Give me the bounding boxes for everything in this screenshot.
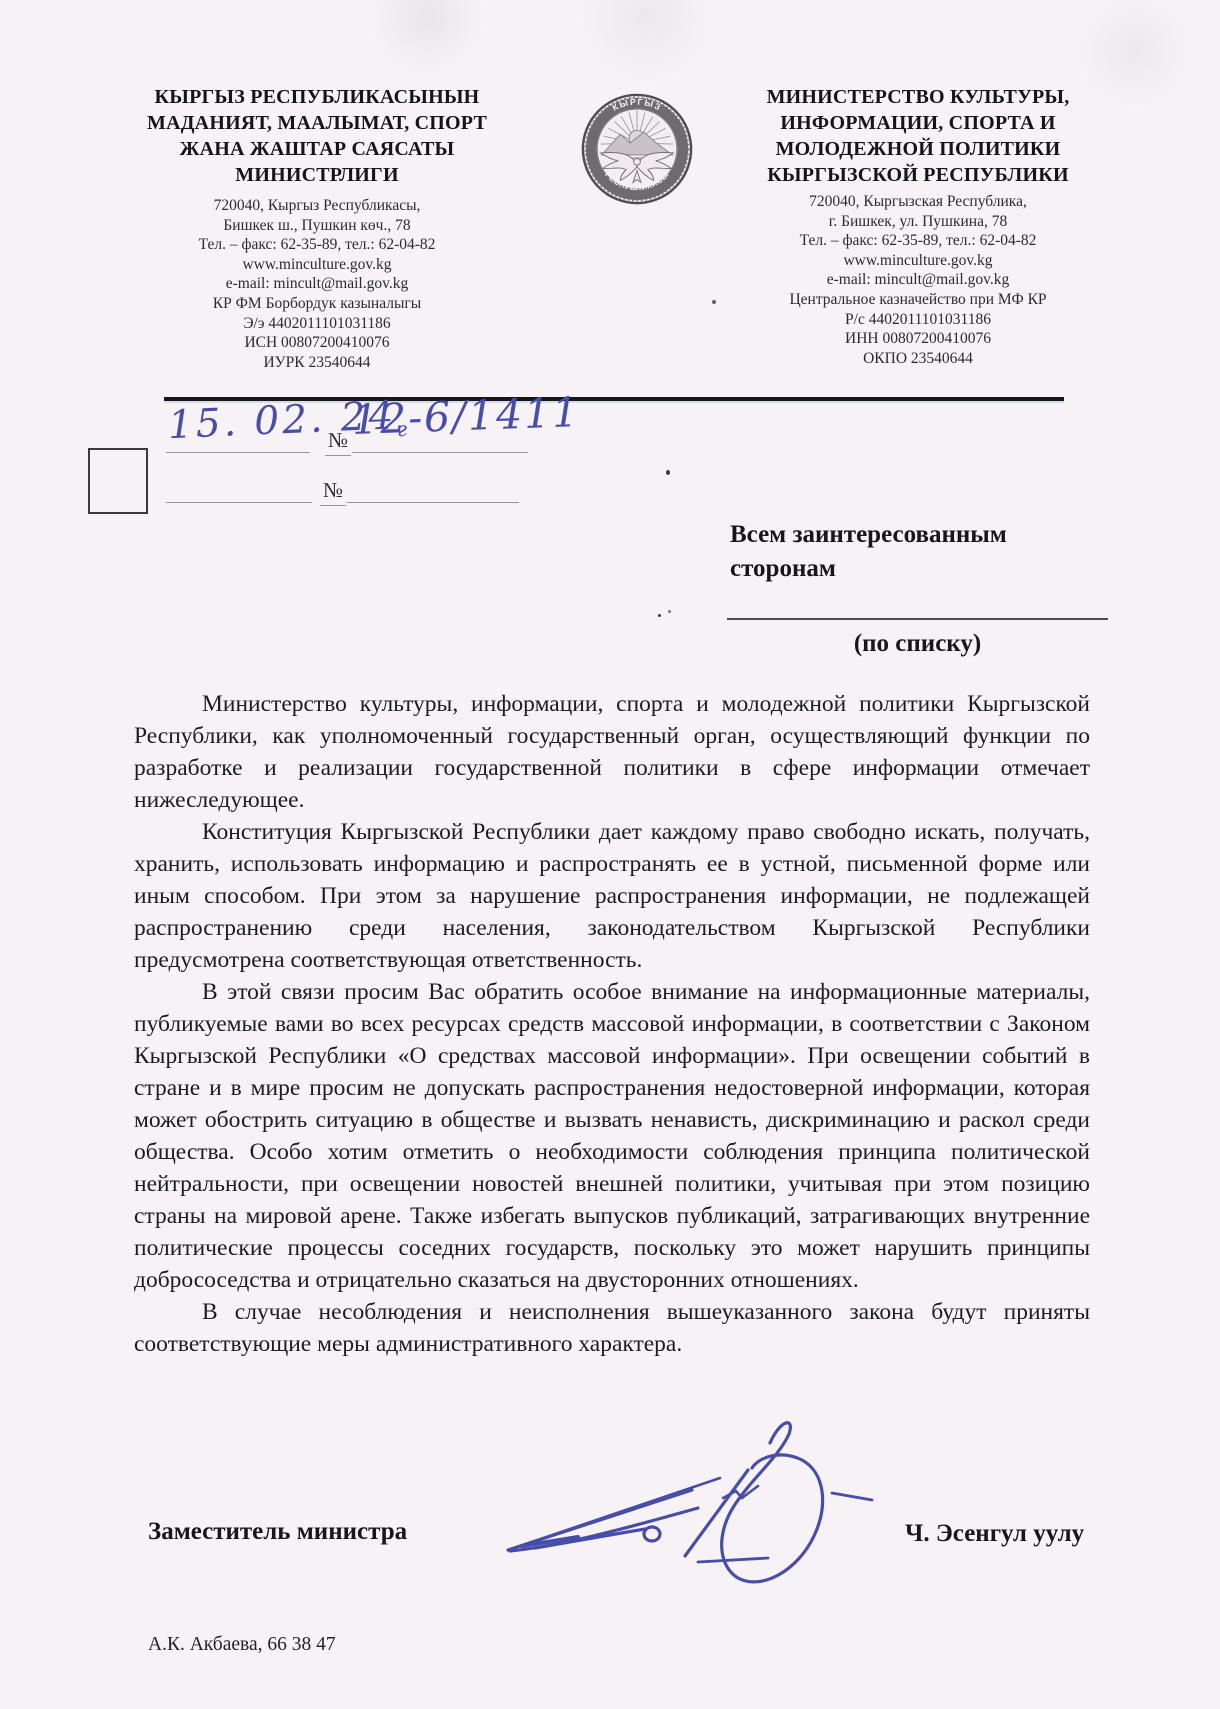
scan-artifact-dot (668, 610, 671, 613)
contact-line: 720040, Кыргыз Республикасы, (118, 196, 516, 216)
org-name-line: МОЛОДЕЖНОЙ ПОЛИТИКИ (712, 136, 1124, 162)
number-sign-2: № (320, 478, 346, 506)
recipient-list-note: (по списку) (727, 630, 1108, 658)
body-paragraph: Конституция Кыргызской Республики дает к… (134, 816, 1090, 976)
org-name-line: МИНИСТРЛИГИ (118, 162, 516, 188)
executor-contact: А.К. Акбаева, 66 38 47 (148, 1634, 336, 1656)
org-name-kyrgyz: КЫРГЫЗ РЕСПУБЛИКАСЫНЫНМАДАНИЯТ, МААЛЫМАТ… (118, 84, 516, 188)
recipient-underline (727, 618, 1108, 620)
contact-line: Р/с 4402011101031186 (712, 310, 1124, 330)
contact-line: ИСН 00807200410076 (118, 333, 516, 353)
contact-line: Э/э 4402011101031186 (118, 314, 516, 334)
contact-line: ИНН 00807200410076 (712, 329, 1124, 349)
contact-line: Тел. – факс: 62-35-89, тел.: 62-04-82 (712, 231, 1124, 251)
org-name-line: ИНФОРМАЦИИ, СПОРТА И (712, 110, 1124, 136)
contact-line: e-mail: mincult@mail.gov.kg (118, 274, 516, 294)
handwritten-outgoing-number: 12-6/1411 (351, 388, 581, 444)
scan-artifact-dot (712, 300, 716, 304)
org-name-line: МИНИСТЕРСТВО КУЛЬТУРЫ, (712, 84, 1124, 110)
org-name-line: МАДАНИЯТ, МААЛЫМАТ, СПОРТ (118, 110, 516, 136)
recipient-line2: сторонам (730, 552, 1110, 586)
contacts-russian: 720040, Кыргызская Республика,г. Бишкек,… (712, 192, 1124, 368)
recipient-line1: Всем заинтересованным (730, 518, 1110, 552)
signer-name: Ч. Эсенгул уулу (905, 1520, 1115, 1548)
contact-line: г. Бишкек, ул. Пушкина, 78 (712, 212, 1124, 232)
contact-line: КР ФМ Борбордук казыналыгы (118, 294, 516, 314)
recipient-block: Всем заинтересованным сторонам (730, 518, 1110, 586)
contact-line: ОКПО 23540644 (712, 349, 1124, 369)
date-underline (166, 452, 310, 453)
org-name-line: ЖАНА ЖАШТАР САЯСАТЫ (118, 136, 516, 162)
state-emblem-icon: КЫРГЫЗ РЕСПУБЛИКАСЫ (578, 90, 696, 208)
org-name-russian: МИНИСТЕРСТВО КУЛЬТУРЫ,ИНФОРМАЦИИ, СПОРТА… (712, 84, 1124, 188)
org-name-line: КЫРГЫЗСКОЙ РЕСПУБЛИКИ (712, 162, 1124, 188)
signer-position-title: Заместитель министра (148, 1518, 407, 1546)
contacts-kyrgyz: 720040, Кыргыз Республикасы,Бишкек ш., П… (118, 196, 516, 372)
contact-line: Центральное казначейство при МФ КР (712, 290, 1124, 310)
reply-number-underline (347, 502, 519, 503)
contact-line: 720040, Кыргызская Республика, (712, 192, 1124, 212)
letter-body: Министерство культуры, информации, спорт… (134, 688, 1090, 1360)
contact-line: Тел. – факс: 62-35-89, тел.: 62-04-82 (118, 235, 516, 255)
scan-artifact-dot (666, 470, 670, 475)
contact-line: Бишкек ш., Пушкин көч., 78 (118, 216, 516, 236)
stamp-box (88, 448, 148, 514)
contact-line: www.minculture.gov.kg (118, 255, 516, 275)
number-sign: № (325, 428, 351, 456)
body-paragraph: В случае несоблюдения и неисполнения выш… (134, 1296, 1090, 1360)
body-paragraph: Министерство культуры, информации, спорт… (134, 688, 1090, 816)
contact-line: e-mail: mincult@mail.gov.kg (712, 270, 1124, 290)
handwritten-signature (480, 1398, 900, 1613)
org-name-line: КЫРГЫЗ РЕСПУБЛИКАСЫНЫН (118, 84, 516, 110)
scan-artifact-dot (658, 614, 661, 617)
contact-line: www.minculture.gov.kg (712, 251, 1124, 271)
contact-line: ИУРК 23540644 (118, 353, 516, 373)
body-paragraph: В этой связи просим Вас обратить особое … (134, 976, 1090, 1296)
number-underline (352, 452, 528, 453)
reply-date-underline (166, 502, 312, 503)
letter-page: КЫРГЫЗ РЕСПУБЛИКАСЫНЫНМАДАНИЯТ, МААЛЫМАТ… (0, 0, 1220, 1709)
